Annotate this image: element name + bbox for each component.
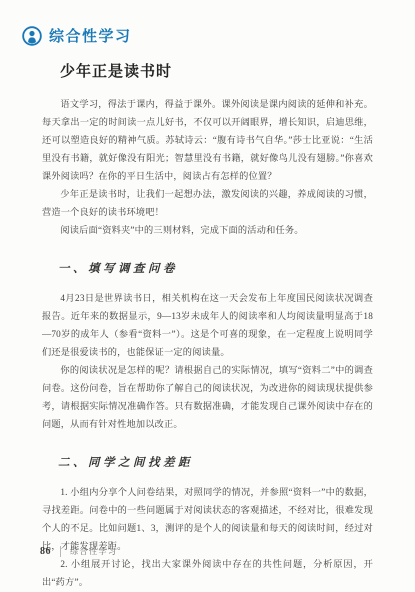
- section-2-heading: 二、同学之间找差距: [58, 454, 373, 470]
- body-text-block: 语文学习，得法于课内，得益于课外。课外阅读是课内阅读的延伸和补充。每天拿出一定的…: [42, 95, 373, 591]
- section-banner-label: 综合性学习: [49, 25, 132, 46]
- page-footer: 86 综合性学习: [40, 546, 118, 557]
- person-in-circle-icon: [22, 26, 42, 46]
- section-banner: 综合性学习: [22, 25, 132, 46]
- footer-divider: [60, 546, 61, 557]
- section-1-paragraph-1: 4月23日是世界读书日，相关机构在这一天会发布上年度国民阅读状况调查报告。近年来…: [42, 289, 373, 361]
- page-title: 少年正是读书时: [60, 60, 172, 81]
- intro-paragraph-3: 阅读后面“资料夹”中的三则材料，完成下面的活动和任务。: [42, 221, 373, 239]
- intro-paragraph-1: 语文学习，得法于课内，得益于课外。课外阅读是课内阅读的延伸和补充。每天拿出一定的…: [42, 95, 373, 185]
- section-2-item-1: 1. 小组内分享个人问卷结果，对照同学的情况，并参照“资料一”中的数据，寻找差距…: [42, 483, 373, 555]
- intro-paragraph-2: 少年正是读书时，让我们一起想办法，激发阅读的兴趣，养成阅读的习惯，营造一个良好的…: [42, 185, 373, 221]
- footer-label: 综合性学习: [70, 546, 118, 557]
- section-1-heading: 一、填写调查问卷: [58, 260, 373, 276]
- textbook-page: 综合性学习 少年正是读书时 语文学习，得法于课内，得益于课外。课外阅读是课内阅读…: [0, 0, 415, 592]
- page-number: 86: [40, 546, 51, 557]
- section-2-item-2: 2. 小组展开讨论，找出大家课外阅读中存在的共性问题，分析原因，开出“药方”。: [42, 555, 373, 591]
- section-1-paragraph-2: 你的阅读状况是怎样的呢？请根据自己的实际情况，填写“资料二”中的调查问卷。这份问…: [42, 361, 373, 433]
